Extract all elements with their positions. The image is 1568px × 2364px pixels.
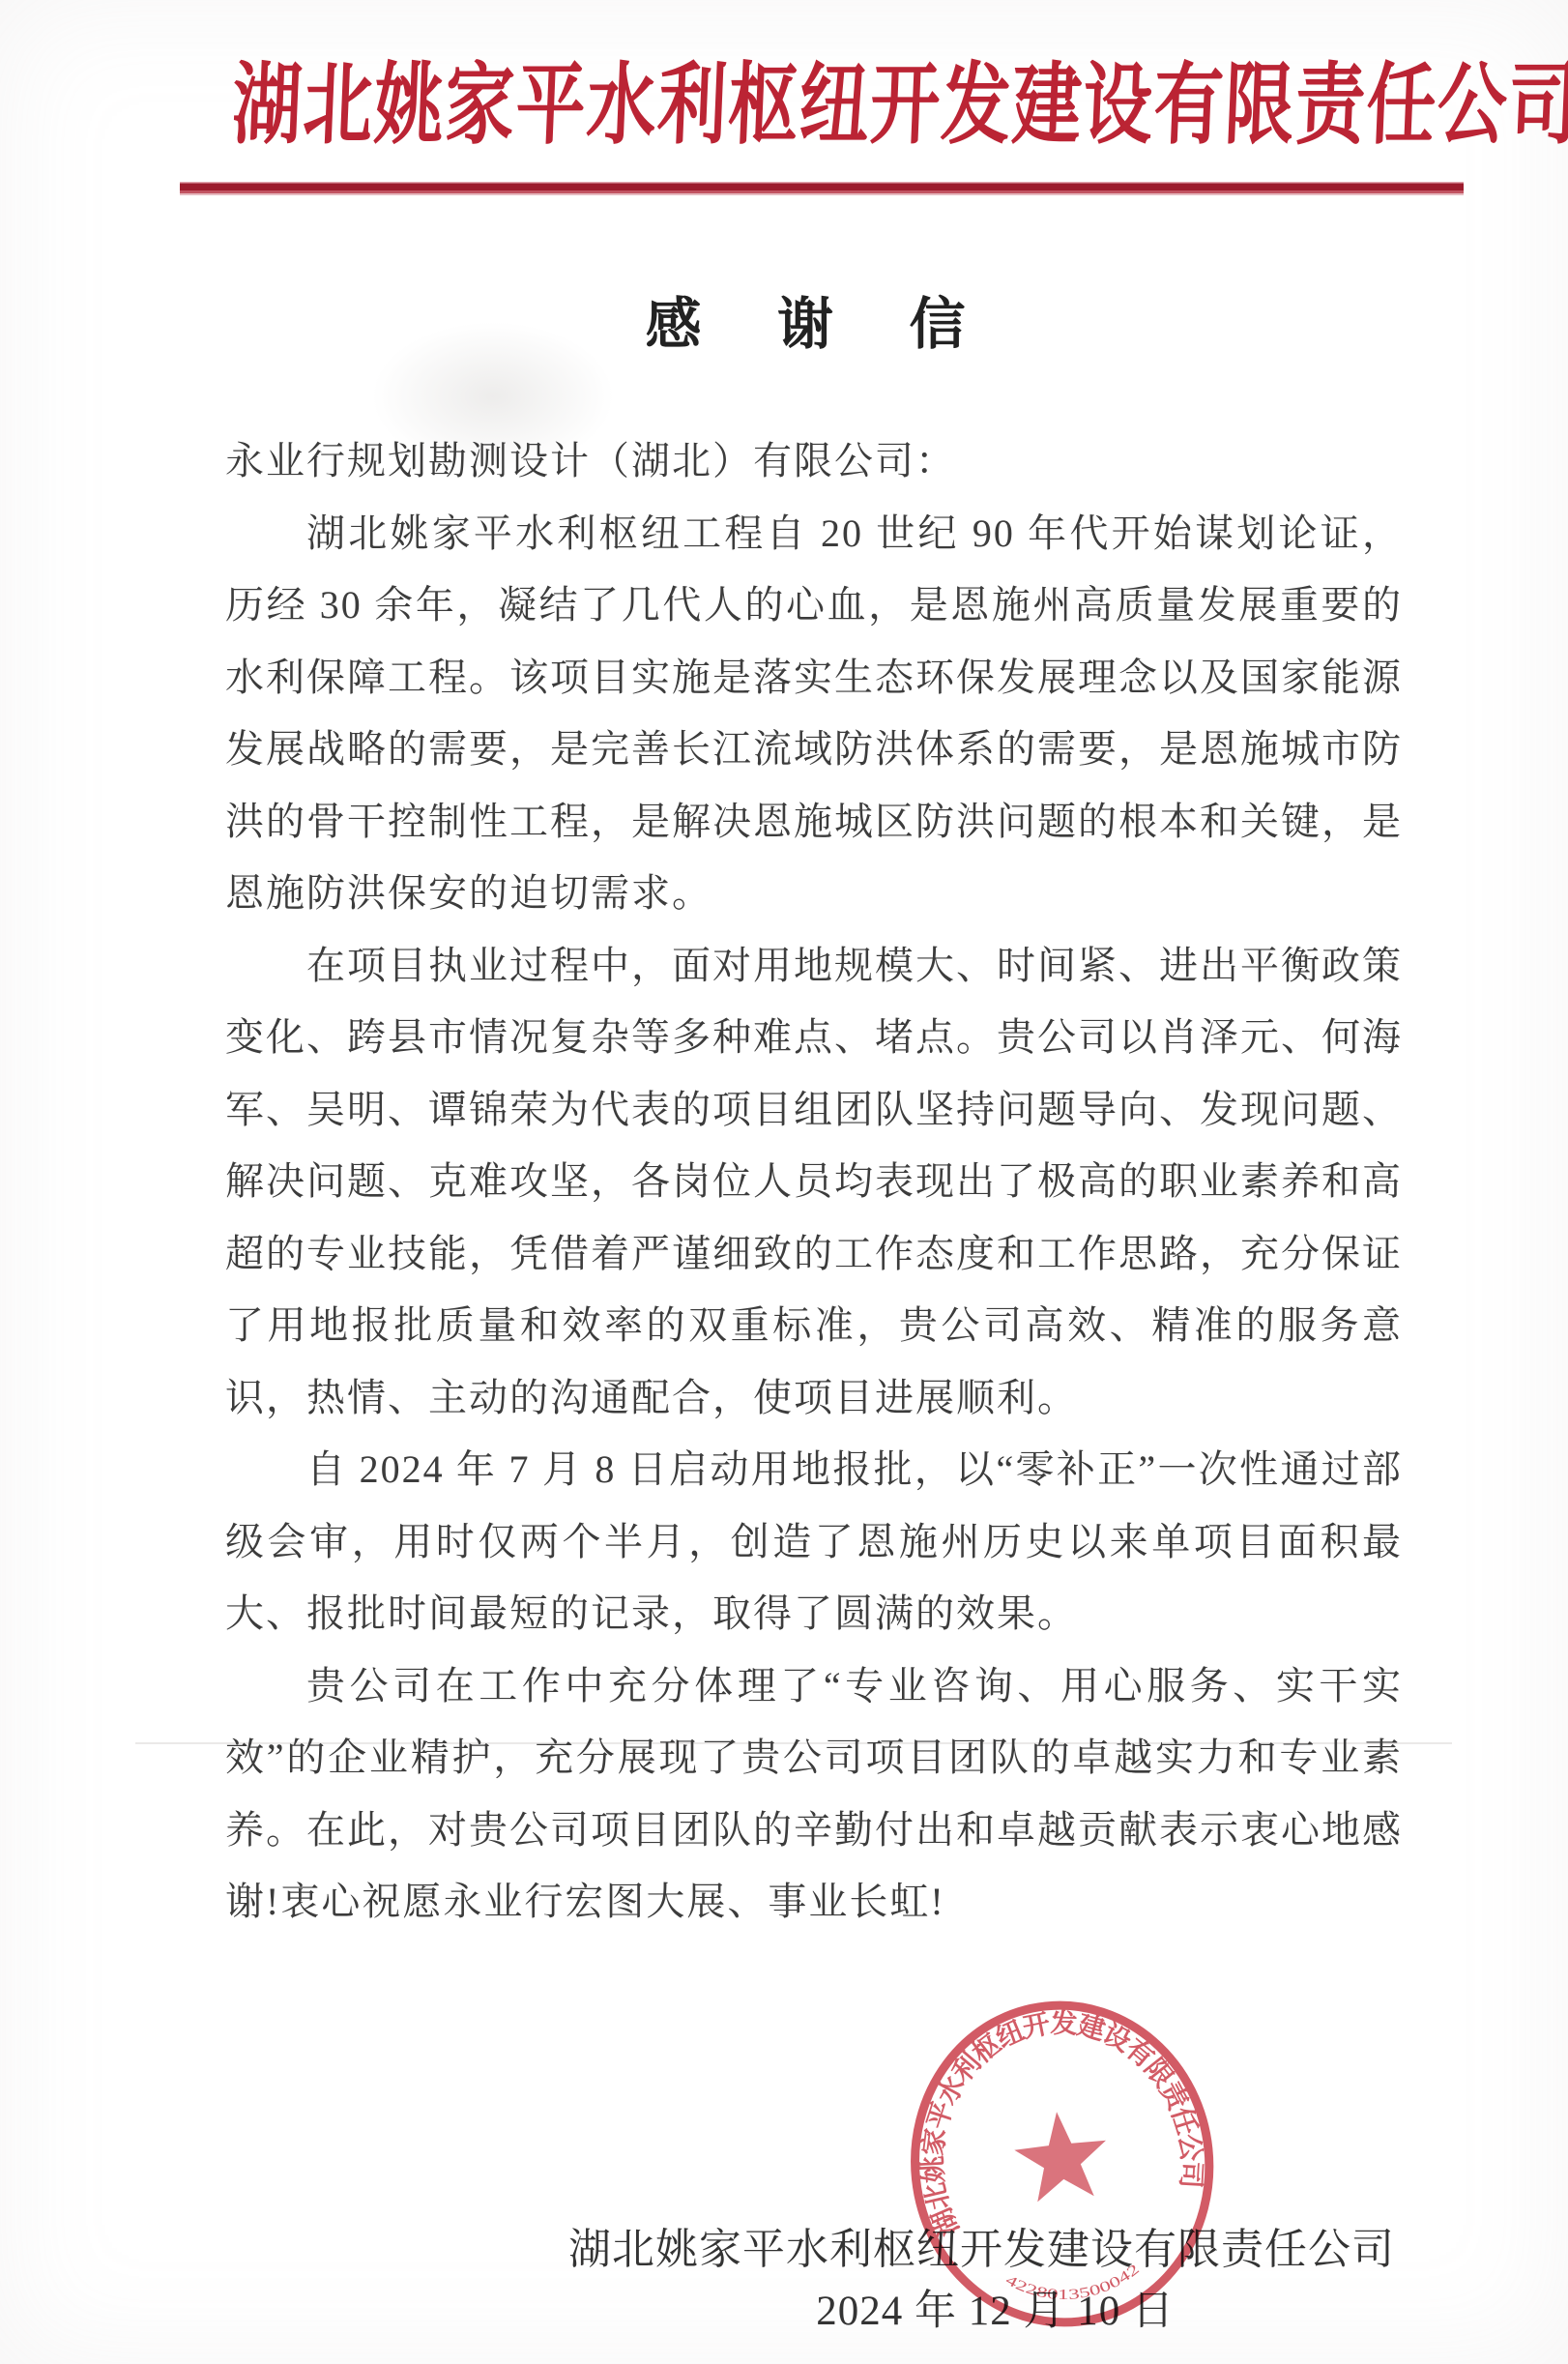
- letterhead: 湖北姚家平水利枢纽开发建设有限责任公司: [0, 43, 1568, 168]
- letter-body: 永业行规划勘测设计（湖北）有限公司： 湖北姚家平水利枢纽工程自 20 世纪 90…: [225, 425, 1403, 1939]
- seal-star-icon: [1011, 2107, 1112, 2203]
- letterhead-company-name: 湖北姚家平水利枢纽开发建设有限责任公司: [230, 43, 1568, 168]
- seal-code: 4228013500042: [1002, 2259, 1145, 2310]
- letter-title: 感 谢 信: [21, 278, 1568, 360]
- paragraph: 贵公司在工作中充分体理了“专业咨询、用心服务、实干实效”的企业精护，充分展现了贵…: [225, 1650, 1403, 1939]
- paragraph: 在项目执业过程中，面对用地规模大、时间紧、进出平衡政策变化、跨县市情况复杂等多种…: [225, 930, 1403, 1435]
- company-seal: 湖北姚家平水利枢纽开发建设有限责任公司 4228013500042: [886, 1982, 1239, 2352]
- salutation: 永业行规划勘测设计（湖北）有限公司：: [225, 425, 1403, 498]
- company-seal-graphic: 湖北姚家平水利枢纽开发建设有限责任公司 4228013500042: [886, 1982, 1239, 2352]
- paragraph: 湖北姚家平水利枢纽工程自 20 世纪 90 年代开始谋划论证，历经 30 余年，…: [225, 498, 1403, 930]
- letterhead-rule: [180, 182, 1464, 195]
- scanned-letter-page: 湖北姚家平水利枢纽开发建设有限责任公司 感 谢 信 永业行规划勘测设计（湖北）有…: [0, 0, 1568, 2364]
- paragraph: 自 2024 年 7 月 8 日启动用地报批，以“零补正”一次性通过部级会审，用…: [225, 1434, 1403, 1650]
